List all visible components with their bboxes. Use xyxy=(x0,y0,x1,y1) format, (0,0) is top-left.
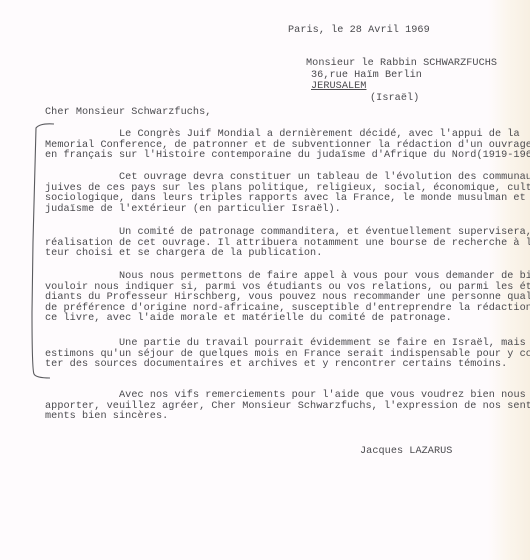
recipient-country: (Israël) xyxy=(370,94,419,105)
recipient-city: JERUSALEM xyxy=(311,82,366,93)
paragraph-1: Le Congrès Juif Mondial a dernièrement d… xyxy=(45,130,530,162)
paragraph-line: Une partie du travail pourrait évidemmen… xyxy=(45,339,530,350)
letter-page: Paris, le 28 Avril 1969 Monsieur le Rabb… xyxy=(0,0,530,560)
paragraph-line: Avec nos vifs remerciements pour l'aide … xyxy=(45,391,530,402)
paragraph-line: teur choisi et se chargera de la publica… xyxy=(45,249,530,260)
paragraph-line: ter des sources documentaires et archive… xyxy=(45,360,530,371)
paragraph-line: ments bien sincères. xyxy=(45,412,530,423)
letter-date: Paris, le 28 Avril 1969 xyxy=(288,26,430,37)
recipient-name: Monsieur le Rabbin SCHWARZFUCHS xyxy=(306,59,497,70)
signature: Jacques LAZARUS xyxy=(360,447,452,458)
salutation: Cher Monsieur Schwarzfuchs, xyxy=(45,108,211,119)
recipient-street: 36,rue Haïm Berlin xyxy=(311,71,422,82)
paragraph-line: en français sur l'Histoire contemporaine… xyxy=(45,151,530,162)
paragraph-5: Une partie du travail pourrait évidemmen… xyxy=(45,339,530,371)
paragraph-line: Le Congrès Juif Mondial a dernièrement d… xyxy=(45,130,530,141)
paragraph-4: Nous nous permettons de faire appel à vo… xyxy=(45,272,530,325)
paragraph-2: Cet ouvrage devra constituer un tableau … xyxy=(45,173,530,215)
paragraph-line: sociologique, dans leurs triples rapport… xyxy=(45,194,530,205)
paragraph-line: judaïsme de l'extérieur (en particulier … xyxy=(45,205,530,216)
paragraph-line: Nous nous permettons de faire appel à vo… xyxy=(45,272,530,283)
paragraph-line: Un comité de patronage commanditera, et … xyxy=(45,228,530,239)
paragraph-6: Avec nos vifs remerciements pour l'aide … xyxy=(45,391,530,423)
paragraph-line: diants du Professeur Hirschberg, vous po… xyxy=(45,293,530,304)
paragraph-3: Un comité de patronage commanditera, et … xyxy=(45,228,530,260)
paragraph-line: Cet ouvrage devra constituer un tableau … xyxy=(45,173,530,184)
paragraph-line: ce livre, avec l'aide morale et matériel… xyxy=(45,314,530,325)
